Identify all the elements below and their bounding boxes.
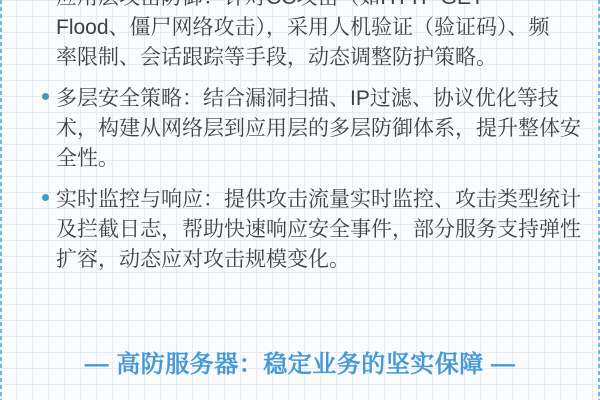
text-line: 及拦截日志，帮助快速响应安全事件，部分服务支持弹性 [56,215,591,245]
left-dashed-border [0,0,2,400]
text-line: 全性。 [56,144,591,174]
bullet-dot-icon [42,93,49,100]
text-line: 率限制、会话跟踪等手段，动态调整防护策略。 [56,43,591,73]
list-item-app-layer-defense: 应用层攻击防御：针对CC攻击（如HTTP GET Flood、僵尸网络攻击），采… [56,0,591,73]
text-line: 应用层攻击防御：针对CC攻击（如HTTP GET [56,0,591,13]
text-line: Flood、僵尸网络攻击），采用人机验证（验证码）、频 [56,13,591,43]
bullet-dot-icon [42,194,49,201]
text-line: 实时监控与响应：提供攻击流量实时监控、攻击类型统计 [56,185,591,215]
footer-title: — 高防服务器：稳定业务的坚实保障 — [0,350,600,380]
feature-list: 应用层攻击防御：针对CC攻击（如HTTP GET Flood、僵尸网络攻击），采… [56,0,591,286]
text-line: 术，构建从网络层到应用层的多层防御体系，提升整体安 [56,114,591,144]
infographic-card: 应用层攻击防御：针对CC攻击（如HTTP GET Flood、僵尸网络攻击），采… [0,0,600,400]
list-item-realtime-monitoring: 实时监控与响应：提供攻击流量实时监控、攻击类型统计 及拦截日志，帮助快速响应安全… [56,185,591,275]
text-line: 多层安全策略：结合漏洞扫描、IP过滤、协议优化等技 [56,84,591,114]
text-line: 扩容，动态应对攻击规模变化。 [56,245,591,275]
list-item-multi-layer-security: 多层安全策略：结合漏洞扫描、IP过滤、协议优化等技 术，构建从网络层到应用层的多… [56,84,591,174]
